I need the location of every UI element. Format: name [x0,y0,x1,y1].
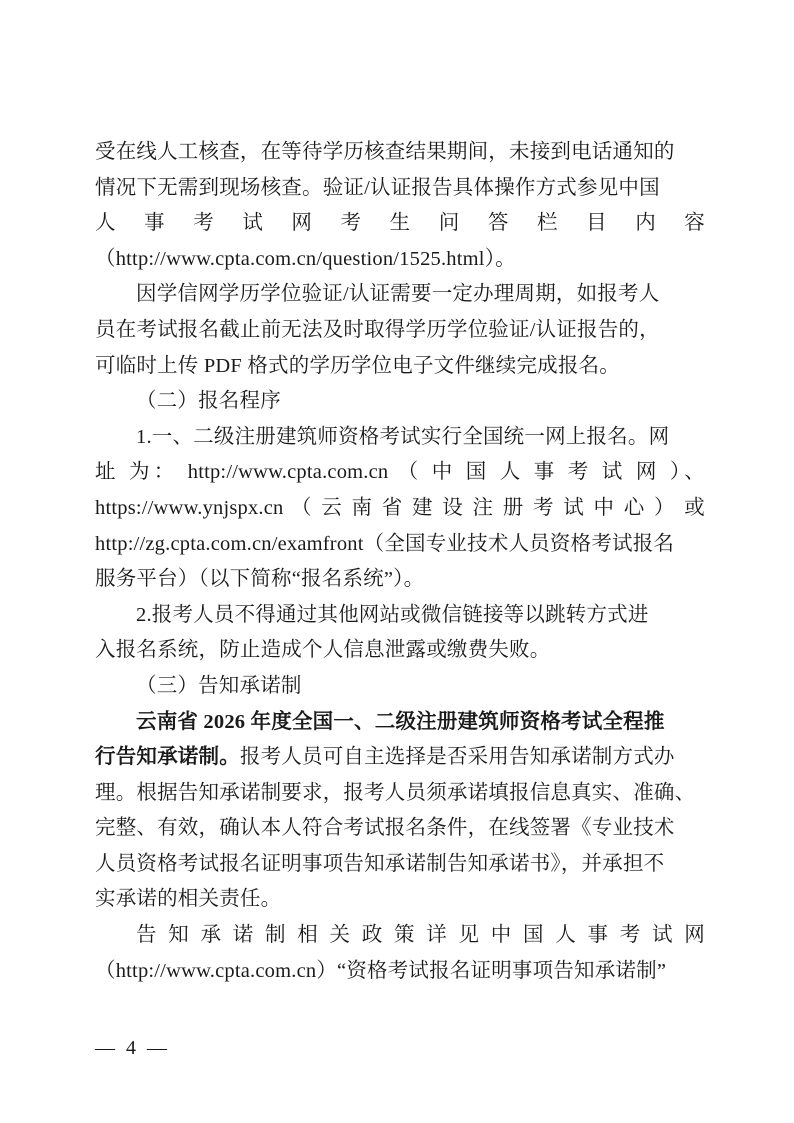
text-segment: 受在线人工核查，在等待学历核查结果期间，未接到电话通知的 [95,141,675,163]
text-lines: 受在线人工核查，在等待学历核查结果期间，未接到电话通知的情况下无需到现场核查。验… [95,135,705,989]
text-segment: （二）报名程序 [136,390,281,412]
text-line: 人 事 考 试 网 考 生 问 答 栏 目 内 容 [95,206,705,242]
text-line: （http://www.cpta.com.cn/question/1525.ht… [95,242,705,278]
bold-text-segment: 行告知承诺制。 [95,746,240,768]
text-line: （http://www.cpta.com.cn）“资格考试报名证明事项告知承诺制… [95,954,705,990]
text-line: 可临时上传 PDF 格式的学历学位电子文件继续完成报名。 [95,349,705,385]
text-line: 情况下无需到现场核查。验证/认证报告具体操作方式参见中国 [95,171,705,207]
text-segment: 理。根据告知承诺制要求，报考人员须承诺填报信息真实、准确、 [95,782,695,804]
text-line: 行告知承诺制。报考人员可自主选择是否采用告知承诺制方式办 [95,740,705,776]
page-number: — 4 — [95,1037,170,1060]
text-segment: 2.报考人员不得通过其他网站或微信链接等以跳转方式进 [136,604,649,626]
text-segment: 完整、有效，确认本人符合考试报名条件，在线签署《专业技术 [95,817,675,839]
text-segment: 服务平台）（以下简称“报名系统”）。 [95,568,424,590]
text-line: 服务平台）（以下简称“报名系统”）。 [95,562,705,598]
text-line: 告 知 承 诺 制 相 关 政 策 详 见 中 国 人 事 考 试 网 [95,918,705,954]
text-segment: 告 知 承 诺 制 相 关 政 策 详 见 中 国 人 事 考 试 网 [136,924,705,946]
text-segment: 报考人员可自主选择是否采用告知承诺制方式办 [240,746,675,768]
text-segment: 因学信网学历学位验证/认证需要一定办理周期，如报考人 [136,283,659,305]
text-segment: 实承诺的相关责任。 [95,888,281,910]
text-line: 受在线人工核查，在等待学历核查结果期间，未接到电话通知的 [95,135,705,171]
text-line: 实承诺的相关责任。 [95,882,705,918]
text-line: 人员资格考试报名证明事项告知承诺制告知承诺书》，并承担不 [95,847,705,883]
text-line: 入报名系统，防止造成个人信息泄露或缴费失败。 [95,633,705,669]
bold-text-segment: 云南省 2026 年度全国一、二级注册建筑师资格考试全程推 [136,711,665,733]
text-line: 2.报考人员不得通过其他网站或微信链接等以跳转方式进 [95,598,705,634]
text-segment: （http://www.cpta.com.cn/question/1525.ht… [95,248,516,270]
text-line: 员在考试报名截止前无法及时取得学历学位验证/认证报告的， [95,313,705,349]
text-line: （三）告知承诺制 [95,669,705,705]
text-segment: https://www.ynjspx.cn （ 云 南 省 建 设 注 册 考 … [95,497,705,519]
text-segment: http://zg.cpta.com.cn/examfront（全国专业技术人员… [95,533,674,555]
text-segment: 可临时上传 PDF 格式的学历学位电子文件继续完成报名。 [95,355,620,377]
text-line: 1.一、二级注册建筑师资格考试实行全国统一网上报名。网 [95,420,705,456]
text-line: 云南省 2026 年度全国一、二级注册建筑师资格考试全程推 [95,705,705,741]
text-segment: （http://www.cpta.com.cn）“资格考试报名证明事项告知承诺制… [95,960,666,982]
text-line: https://www.ynjspx.cn （ 云 南 省 建 设 注 册 考 … [95,491,705,527]
text-line: 因学信网学历学位验证/认证需要一定办理周期，如报考人 [95,277,705,313]
text-line: 址 为： http://www.cpta.com.cn （ 中 国 人 事 考 … [95,455,705,491]
text-line: （二）报名程序 [95,384,705,420]
text-segment: 址 为： http://www.cpta.com.cn （ 中 国 人 事 考 … [95,461,705,483]
text-segment: 人 事 考 试 网 考 生 问 答 栏 目 内 容 [95,212,705,234]
text-line: 理。根据告知承诺制要求，报考人员须承诺填报信息真实、准确、 [95,776,705,812]
text-line: http://zg.cpta.com.cn/examfront（全国专业技术人员… [95,527,705,563]
text-segment: 人员资格考试报名证明事项告知承诺制告知承诺书》，并承担不 [95,853,664,875]
text-line: 完整、有效，确认本人符合考试报名条件，在线签署《专业技术 [95,811,705,847]
document-page: 受在线人工核查，在等待学历核查结果期间，未接到电话通知的情况下无需到现场核查。验… [0,0,794,1123]
text-segment: 员在考试报名截止前无法及时取得学历学位验证/认证报告的， [95,319,660,341]
text-segment: 情况下无需到现场核查。验证/认证报告具体操作方式参见中国 [95,177,660,199]
text-segment: 入报名系统，防止造成个人信息泄露或缴费失败。 [95,639,550,661]
text-segment: 1.一、二级注册建筑师资格考试实行全国统一网上报名。网 [136,426,669,448]
text-segment: （三）告知承诺制 [136,675,302,697]
